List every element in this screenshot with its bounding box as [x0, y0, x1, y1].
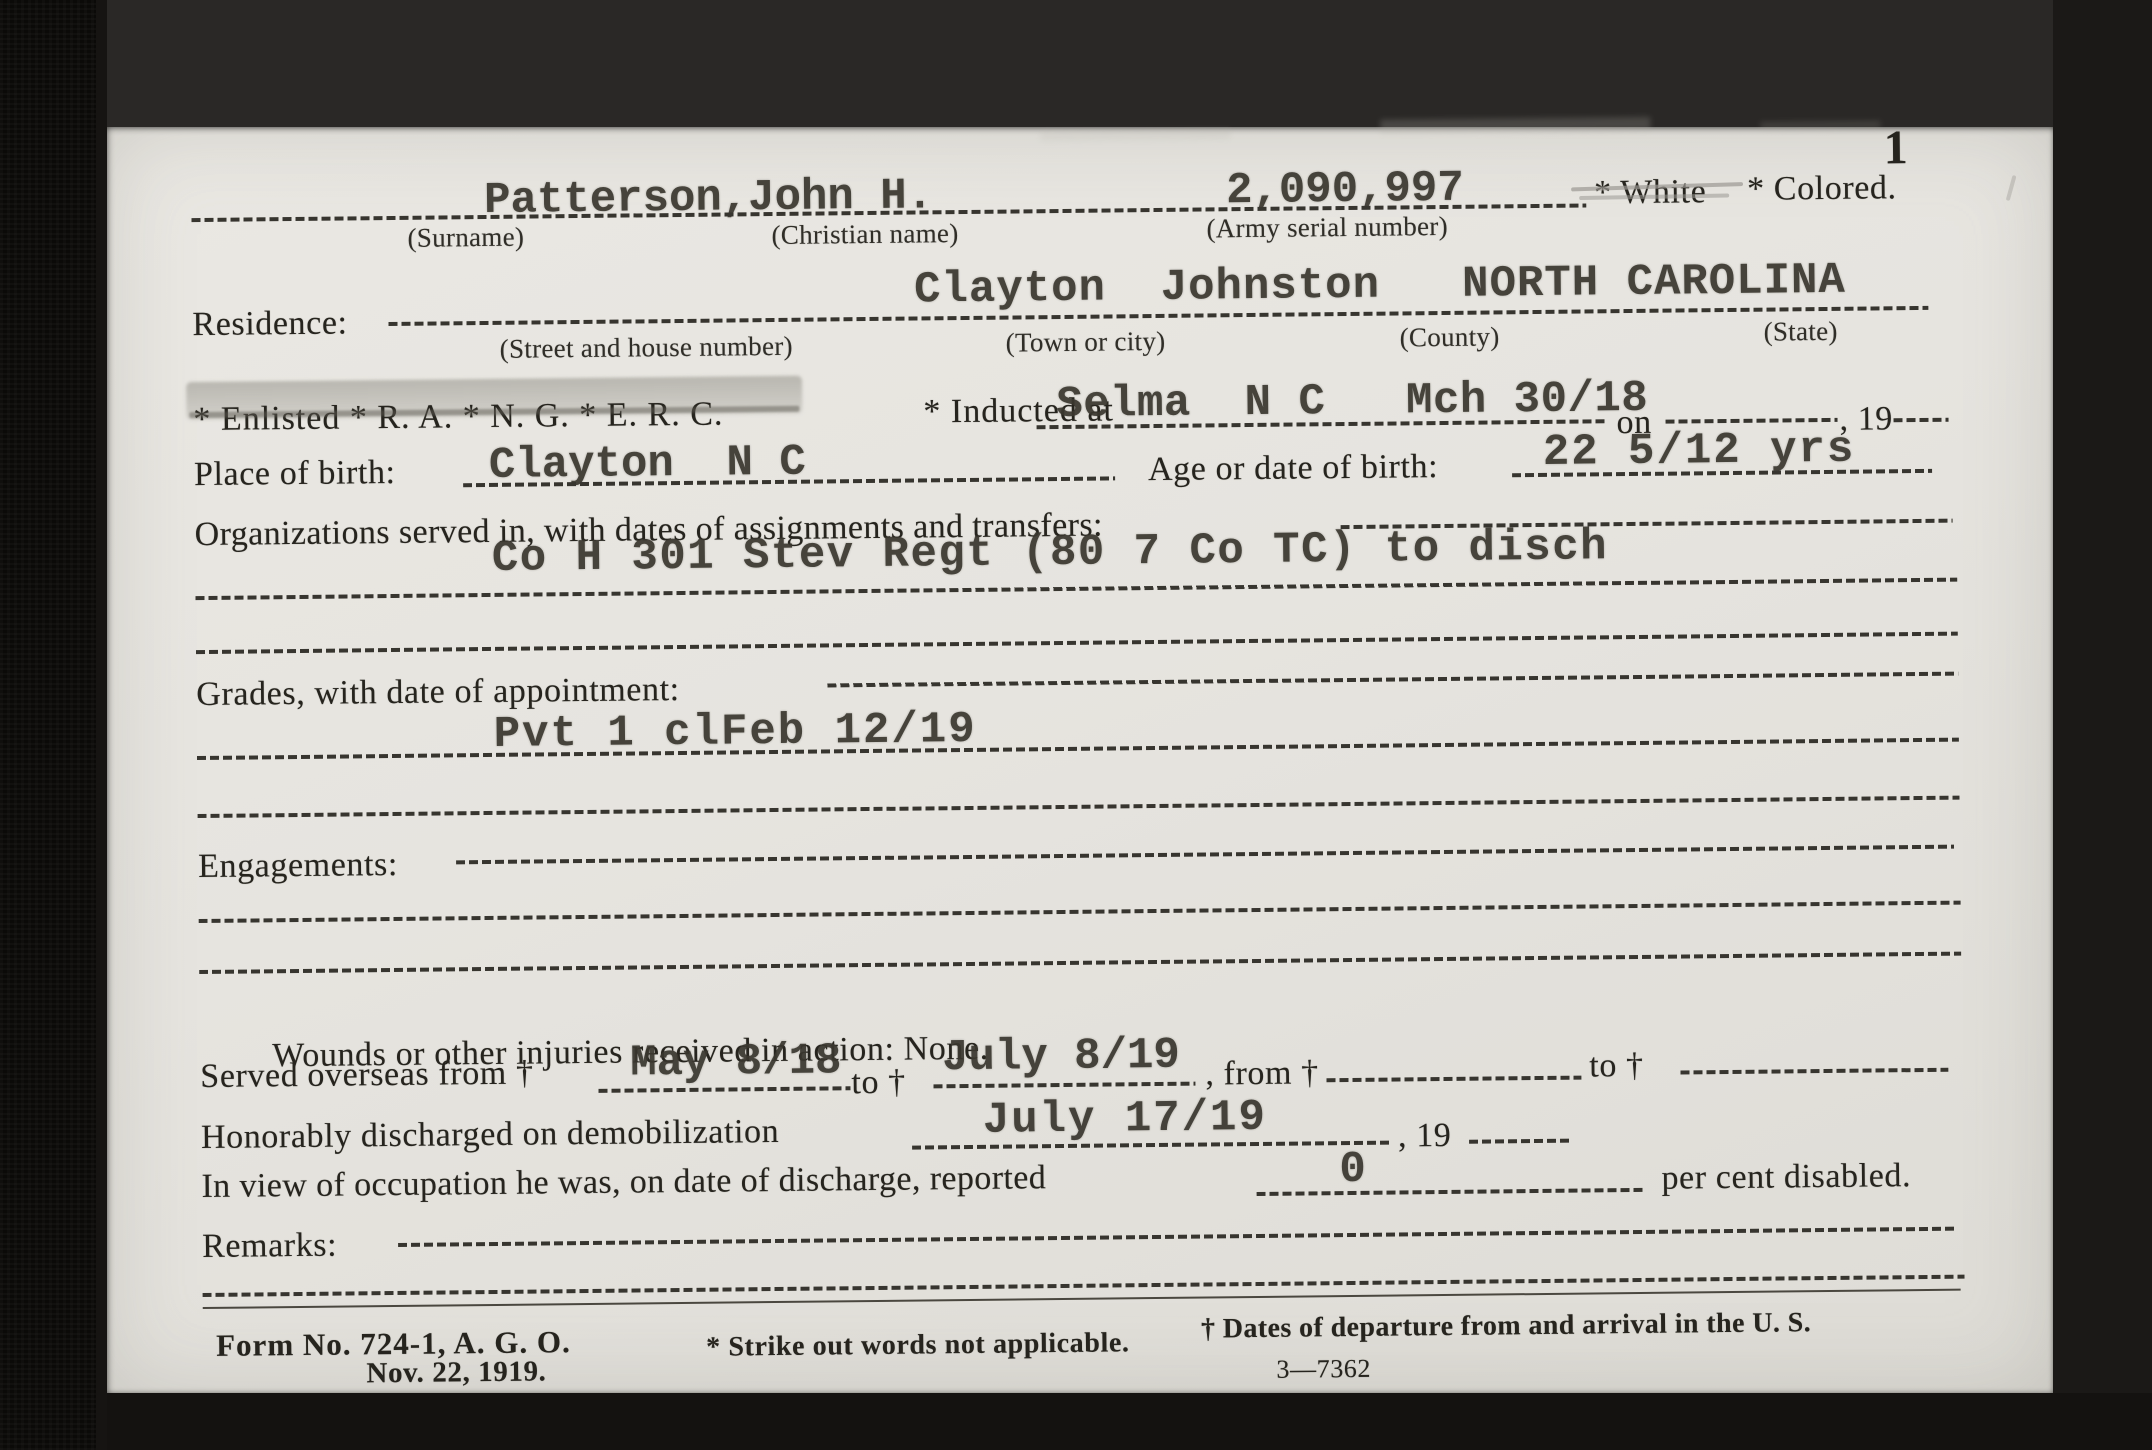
on-line [1666, 418, 1838, 424]
overseas-to2-label: to † [1589, 1047, 1644, 1085]
grades-label: Grades, with date of appointment: [196, 671, 680, 713]
book-binding-edge [0, 0, 96, 1450]
ghost-print-smudge [1040, 129, 1230, 141]
discharged-label: Honorably discharged on demobilization [201, 1113, 780, 1156]
disability-label: In view of occupation he was, on date of… [201, 1159, 1046, 1205]
overseas-to-date: July 8/19 [942, 1034, 1180, 1080]
service-record-card: 1 Patterson,John H. 2,090,997 * White * … [107, 127, 2053, 1393]
card-content: 1 Patterson,John H. 2,090,997 * White * … [100, 107, 2059, 1393]
ghost-print-smudge [1760, 120, 1880, 130]
disability-value: 0 [1339, 1148, 1366, 1192]
state-label: (State) [1763, 317, 1837, 347]
blank-line [196, 632, 1958, 654]
print-code: 3—7362 [1276, 1355, 1371, 1385]
overseas-from2-label: , from † [1205, 1054, 1319, 1093]
race-colored-option: * Colored. [1747, 169, 1897, 208]
blank-line [199, 901, 1961, 923]
age-label: Age or date of birth: [1148, 448, 1439, 488]
discharged-date: July 17/19 [983, 1096, 1267, 1143]
overseas-from-date: May 8/18 [630, 1039, 842, 1085]
overseas-line-4 [1680, 1068, 1948, 1075]
scan-background-right [2053, 0, 2152, 1450]
race-white-option: * White [1594, 173, 1707, 212]
street-label: (Street and house number) [500, 332, 793, 365]
page-number: 1 [1883, 122, 1908, 175]
christian-name-label: (Christian name) [771, 219, 958, 251]
place-of-birth-label: Place of birth: [194, 454, 396, 493]
organizations-line-2 [195, 578, 1957, 600]
army-serial-number-label: (Army serial number) [1206, 212, 1448, 244]
scanned-service-record-page: 1 Patterson,John H. 2,090,997 * White * … [0, 0, 2152, 1450]
grades-line-1 [827, 672, 1958, 688]
overseas-line-3 [1326, 1076, 1581, 1083]
stray-pen-mark [2006, 175, 2017, 201]
scan-background-bottom [0, 1393, 2152, 1450]
blank-line [199, 952, 1961, 974]
age-value: 22 5/12 yrs [1543, 428, 1856, 475]
year-line [1894, 418, 1949, 423]
remarks-line [398, 1227, 1956, 1247]
disability-line [1257, 1188, 1645, 1196]
discharged-year-prefix: , 19 [1398, 1117, 1452, 1155]
county-label: (County) [1399, 322, 1499, 353]
departure-dates-note: † Dates of departure from and arrival in… [1201, 1308, 1811, 1345]
blank-line [198, 796, 1960, 818]
served-overseas-label: Served overseas from † [200, 1055, 534, 1096]
residence-value: Clayton Johnston NORTH CAROLINA [914, 259, 1846, 313]
engagements-label: Engagements: [198, 846, 398, 885]
bottom-dotted-rule [203, 1275, 1965, 1297]
organizations-value: Co H 301 Stev Regt (80 7 Co TC) to disch [492, 525, 1609, 581]
engagements-line [456, 845, 1954, 865]
overseas-to-label: to † [851, 1064, 906, 1102]
surname-label: (Surname) [407, 223, 524, 254]
town-label: (Town or city) [1006, 327, 1166, 358]
grades-line-2 [197, 738, 1959, 760]
remarks-label: Remarks: [202, 1227, 337, 1266]
strike-out-note: * Strike out words not applicable. [706, 1328, 1130, 1363]
form-date: Nov. 22, 1919. [366, 1356, 546, 1390]
ghost-print-smudge [1380, 117, 1650, 134]
residence-label: Residence: [192, 304, 348, 343]
discharged-year-line [1469, 1139, 1572, 1144]
percent-disabled-label: per cent disabled. [1661, 1157, 1911, 1197]
